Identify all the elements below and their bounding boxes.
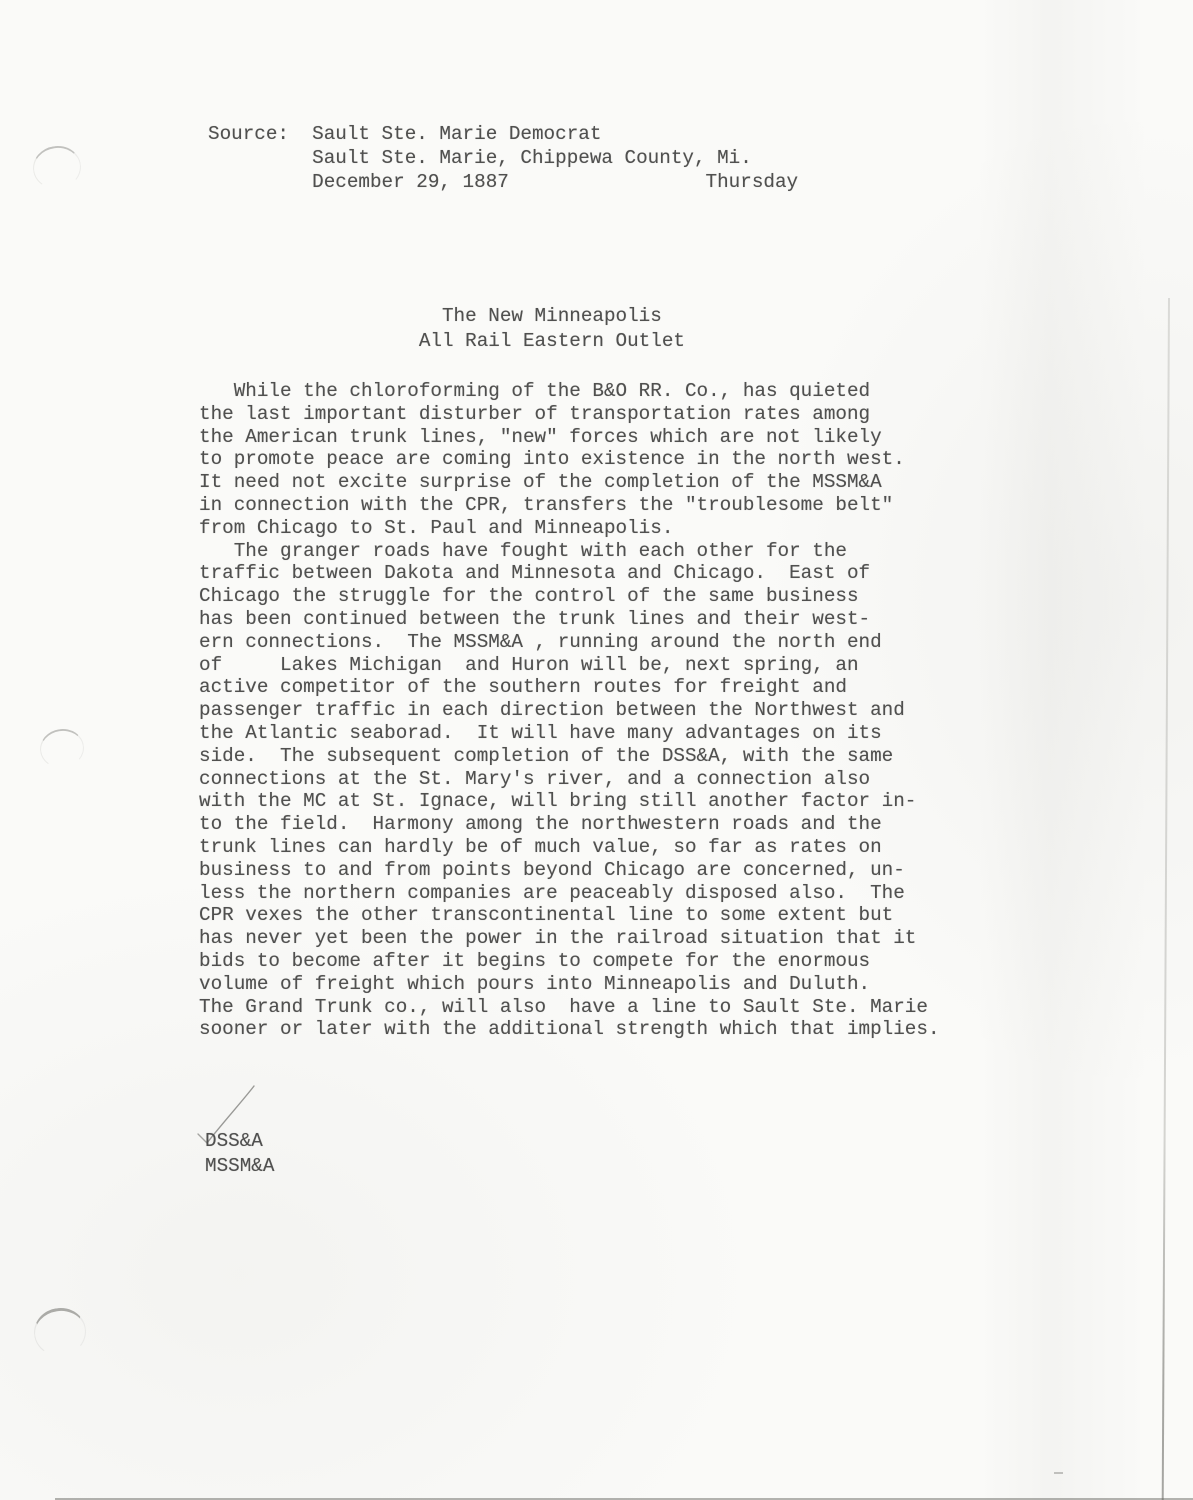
scan-noise-speck — [1054, 1472, 1063, 1474]
punch-hole-shadow-bottom — [31, 1305, 89, 1360]
punch-hole-shadow-top — [30, 143, 84, 192]
source-citation-block: Source: Sault Ste. Marie Democrat Sault … — [208, 122, 798, 194]
article-body: While the chloroforming of the B&O RR. C… — [199, 380, 940, 1041]
article-title: The New Minneapolis All Rail Eastern Out… — [199, 304, 685, 354]
scan-edge-artifact-vertical — [1162, 298, 1170, 1500]
document-page: Source: Sault Ste. Marie Democrat Sault … — [0, 0, 1193, 1500]
punch-hole-shadow-middle — [38, 726, 87, 771]
index-annotations: DSS&A MSSM&A — [205, 1129, 274, 1179]
